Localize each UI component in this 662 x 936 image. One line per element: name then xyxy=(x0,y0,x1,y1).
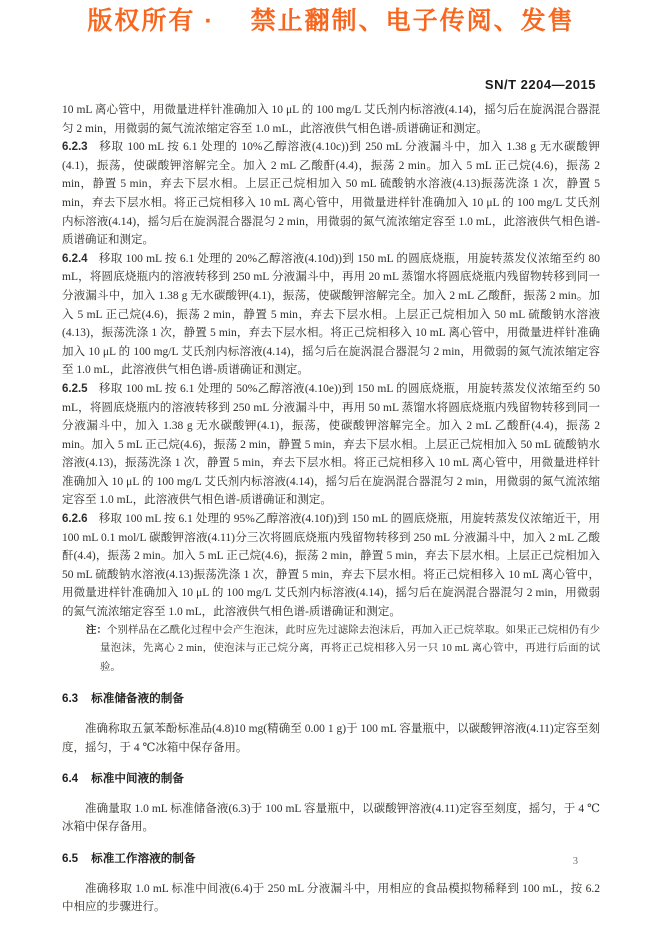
section-6-3-body: 准确称取五氯苯酚标准品(4.8)10 mg(精确至 0.00 1 g)于 100… xyxy=(62,720,600,757)
heading-title: 标准工作溶液的制备 xyxy=(91,852,195,865)
section-6-4-body: 准确量取 1.0 mL 标准储备液(6.3)于 100 mL 容量瓶中，以碳酸钾… xyxy=(62,800,600,837)
clause-6-2-3: 6.2.3移取 100 mL 按 6.1 处理的 10%乙醇溶液(4.10c))… xyxy=(62,138,600,250)
heading-6-4: 6.4标准中间液的制备 xyxy=(62,770,600,789)
heading-number: 6.4 xyxy=(62,772,78,785)
note-text: 个别样品在乙酰化过程中会产生泡沫，此时应先过滤除去泡沫后，再加入正己烷萃取。如果… xyxy=(100,625,600,673)
heading-6-5: 6.5标准工作溶液的制备 xyxy=(62,850,600,869)
clause-text: 移取 100 mL 按 6.1 处理的 95%乙醇溶液(4.10f))到 150… xyxy=(62,513,600,618)
heading-number: 6.3 xyxy=(62,692,78,705)
clause-number: 6.2.4 xyxy=(62,253,88,265)
clause-6-2-6: 6.2.6移取 100 mL 按 6.1 处理的 95%乙醇溶液(4.10f))… xyxy=(62,510,600,622)
heading-title: 标准储备液的制备 xyxy=(91,692,184,705)
heading-number: 6.5 xyxy=(62,852,78,865)
section-6-5-body: 准确移取 1.0 mL 标准中间液(6.4)于 250 mL 分液漏斗中，用相应… xyxy=(62,880,600,917)
clause-text: 移取 100 mL 按 6.1 处理的 50%乙醇溶液(4.10e))到 150… xyxy=(62,383,600,507)
document-page: 版权所有 · 禁止翻制、电子传阅、发售 SN/T 2204—2015 10 mL… xyxy=(0,0,662,936)
clause-number: 6.2.3 xyxy=(62,141,88,153)
clause-6-2-4: 6.2.4移取 100 mL 按 6.1 处理的 20%乙醇溶液(4.10d))… xyxy=(62,250,600,380)
page-number: 3 xyxy=(573,856,578,867)
clause-number: 6.2.6 xyxy=(62,513,88,525)
heading-title: 标准中间液的制备 xyxy=(91,772,184,785)
note-label: 注： xyxy=(86,625,107,636)
paragraph-continuation: 10 mL 离心管中，用微量进样针准确加入 10 μL 的 100 mg/L 艾… xyxy=(62,101,600,138)
standard-number: SN/T 2204—2015 xyxy=(485,77,596,92)
clause-6-2-5: 6.2.5移取 100 mL 按 6.1 处理的 50%乙醇溶液(4.10e))… xyxy=(62,380,600,510)
clause-text: 移取 100 mL 按 6.1 处理的 20%乙醇溶液(4.10d))到 150… xyxy=(62,253,600,377)
note: 注：个别样品在乙酰化过程中会产生泡沫，此时应先过滤除去泡沫后，再加入正己烷萃取。… xyxy=(62,622,600,678)
document-body: 10 mL 离心管中，用微量进样针准确加入 10 μL 的 100 mg/L 艾… xyxy=(62,101,600,917)
clause-number: 6.2.5 xyxy=(62,383,88,395)
heading-6-3: 6.3标准储备液的制备 xyxy=(62,690,600,709)
copyright-banner: 版权所有 · 禁止翻制、电子传阅、发售 xyxy=(0,1,662,37)
clause-text: 移取 100 mL 按 6.1 处理的 10%乙醇溶液(4.10c))到 250… xyxy=(62,141,600,246)
